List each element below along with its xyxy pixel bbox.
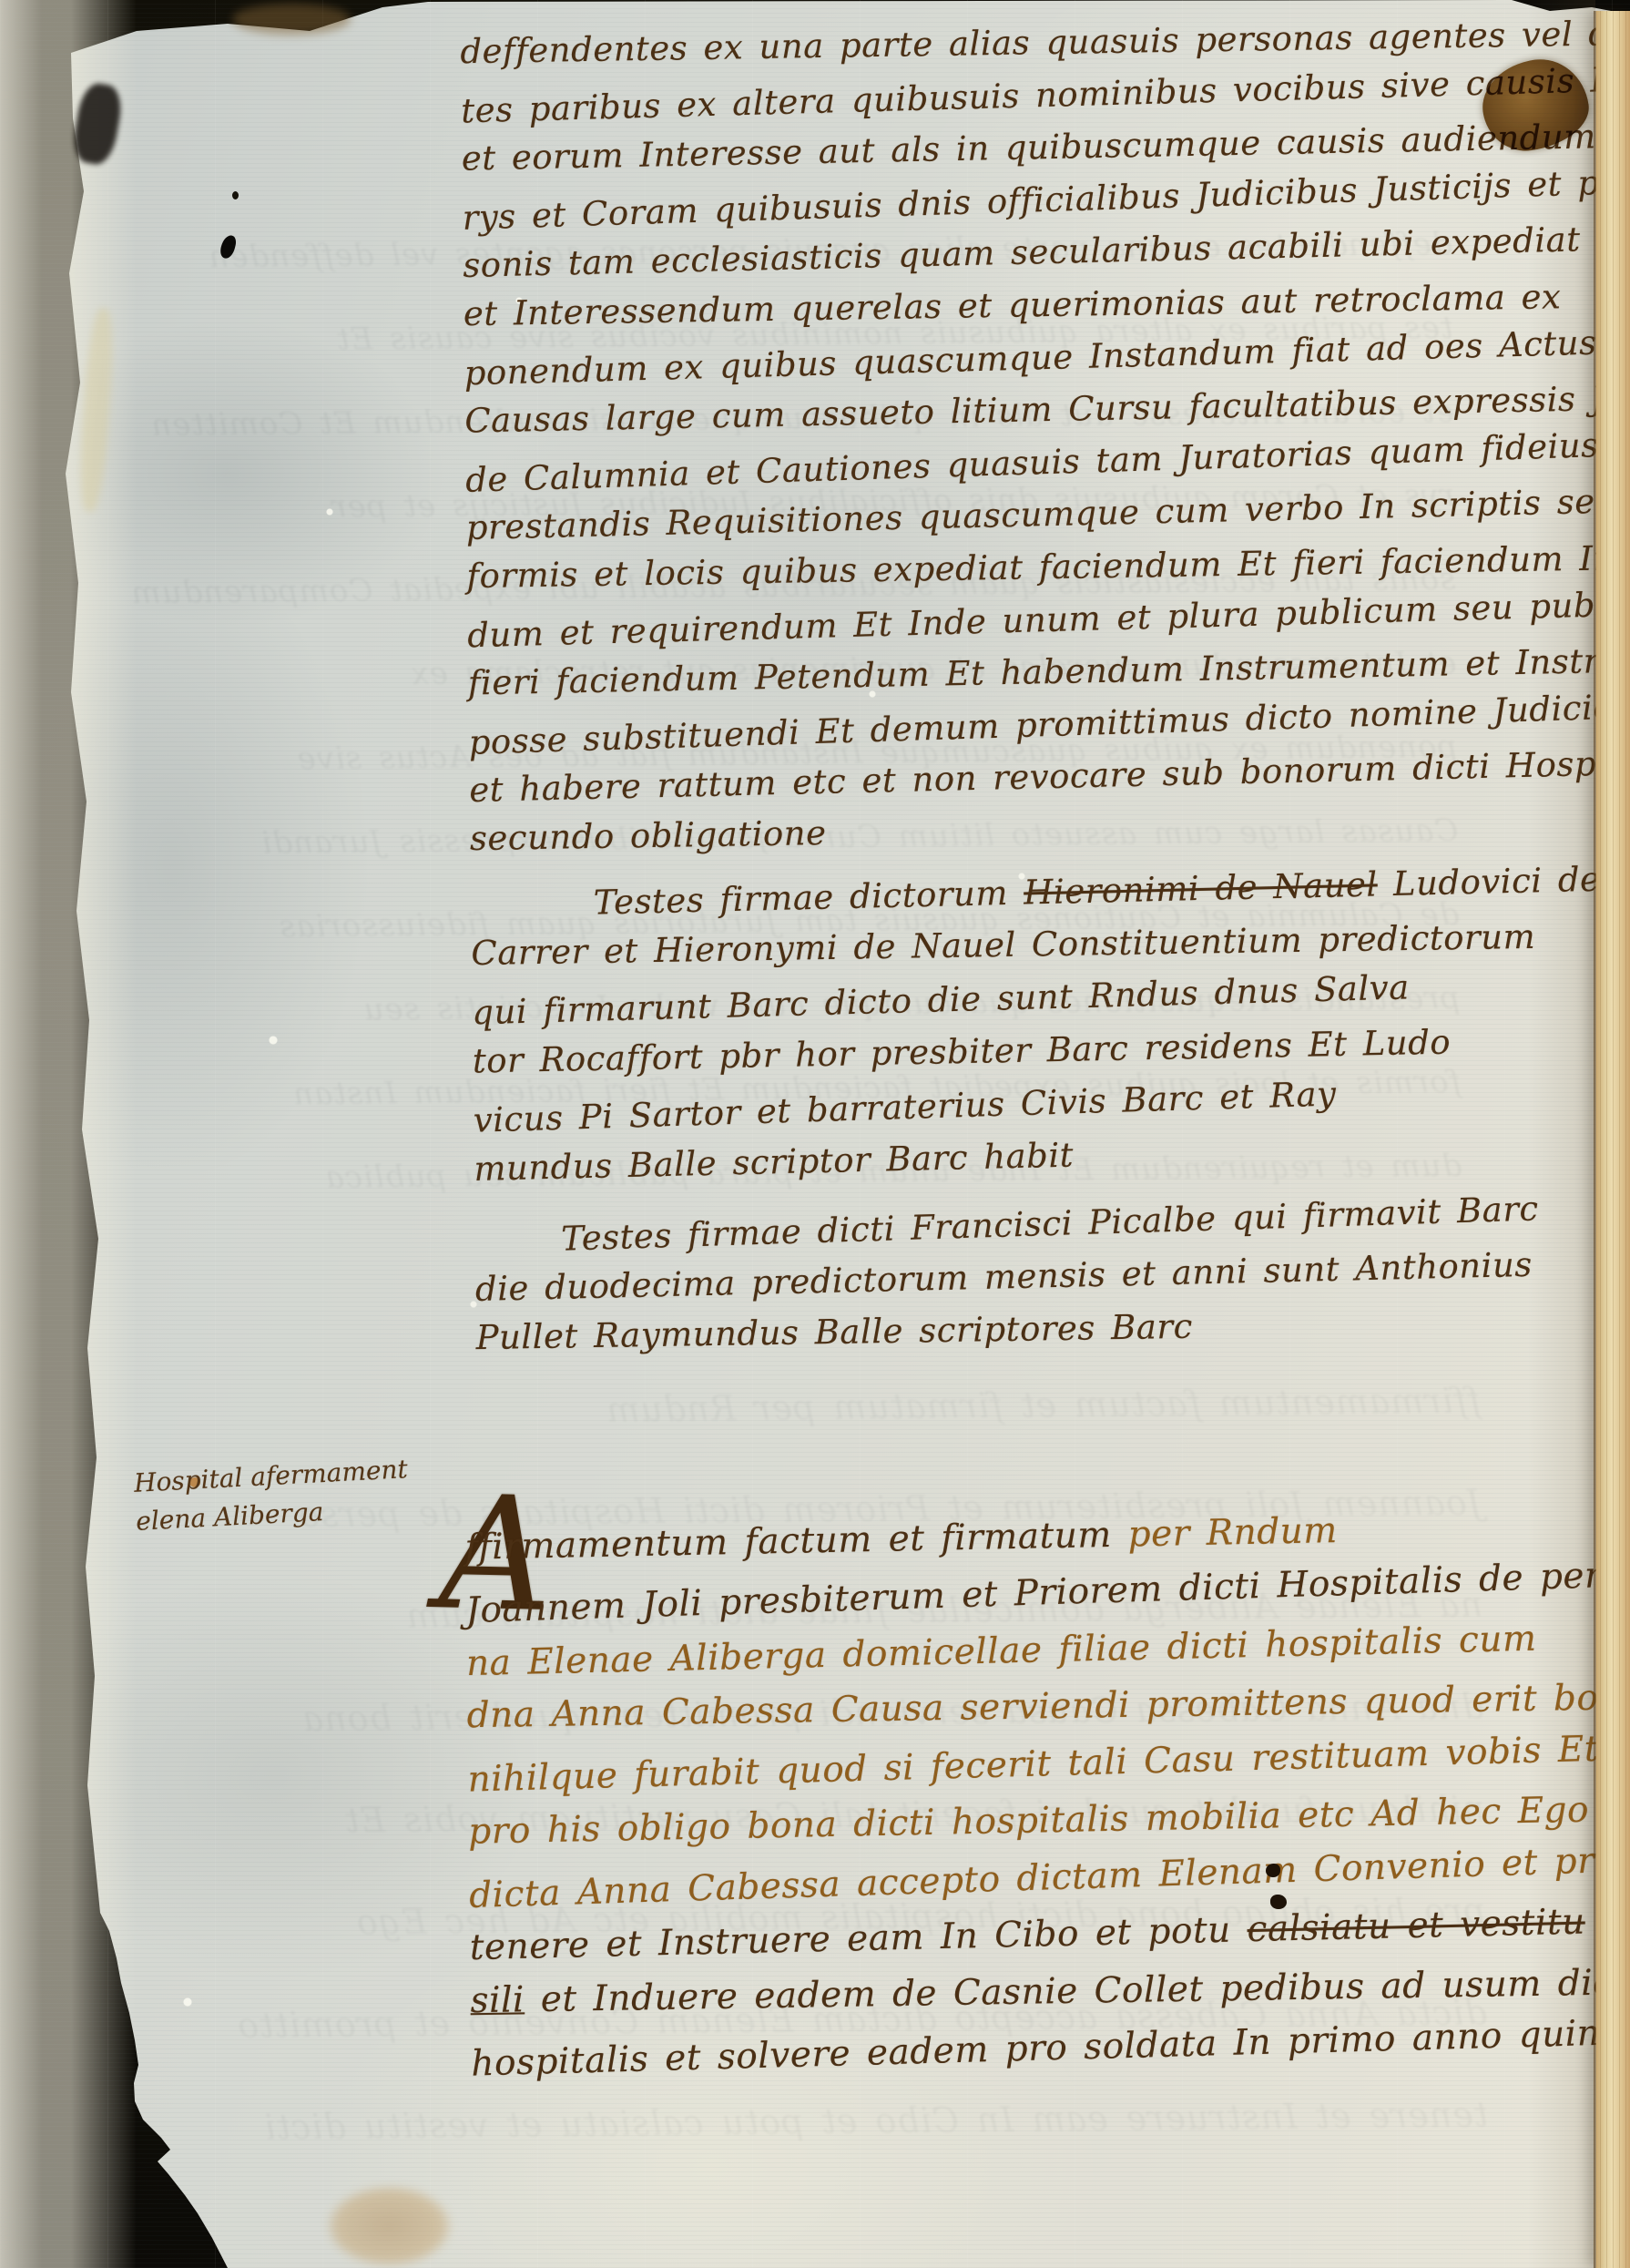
bottom-foxing-stain	[328, 2186, 451, 2266]
margin-note: Hospital afermament elena Aliberga	[133, 1450, 411, 1541]
manuscript-text-segment: Testes firmae dictorum	[593, 873, 1024, 922]
manuscript-text-segment: calsiatu et vestitu	[1247, 1902, 1585, 1951]
manuscript-scan-page: deffendentes ex una parte alias quasuis …	[0, 0, 1630, 2268]
manuscript-text-segment: ffirmamentum factum et firmatum	[464, 1514, 1128, 1568]
manuscript-text-segment: Ludovici de	[1377, 859, 1601, 904]
manuscript-text-segment: sili	[470, 1979, 525, 2021]
manuscript-text-segment: Hieronimi de Nauel	[1024, 864, 1379, 912]
manuscript-text-segment: Pullet Raymundus Balle scriptores Barc	[475, 1306, 1193, 1356]
manuscript-text-segment: per Rndum	[1127, 1510, 1338, 1555]
manuscript-text-segment: tenere et Instruere eam In Cibo et potu	[469, 1909, 1248, 1968]
manuscript-text-segment: mundus Balle scriptor Barc habit	[474, 1135, 1075, 1188]
paragraph-testes-firmae-picalbe: Testes firmae dicti Francisci Picalbe qu…	[474, 1190, 1625, 1362]
ink-droplet	[1270, 1895, 1287, 1909]
paragraph-general-powers-clause: deffendentes ex una parte alias quasuis …	[460, 10, 1619, 863]
torn-edge-fibers	[232, 4, 351, 35]
paragraph-testes-firmae-constituentium: Testes firmae dictorum Hieronimi de Naue…	[470, 858, 1623, 1189]
paper-hole-small	[232, 191, 239, 199]
paragraph-affirmamentum-elena-aliberga: Affirmamentum factum et firmatum per Rnd…	[464, 1501, 1630, 2085]
manuscript-text-block: deffendentes ex una parte alias quasuis …	[460, 10, 1630, 2085]
book-fore-edge-pages	[1594, 11, 1630, 2268]
manuscript-text-segment: secundo obligatione	[470, 813, 827, 858]
ink-droplet	[1266, 1864, 1280, 1877]
